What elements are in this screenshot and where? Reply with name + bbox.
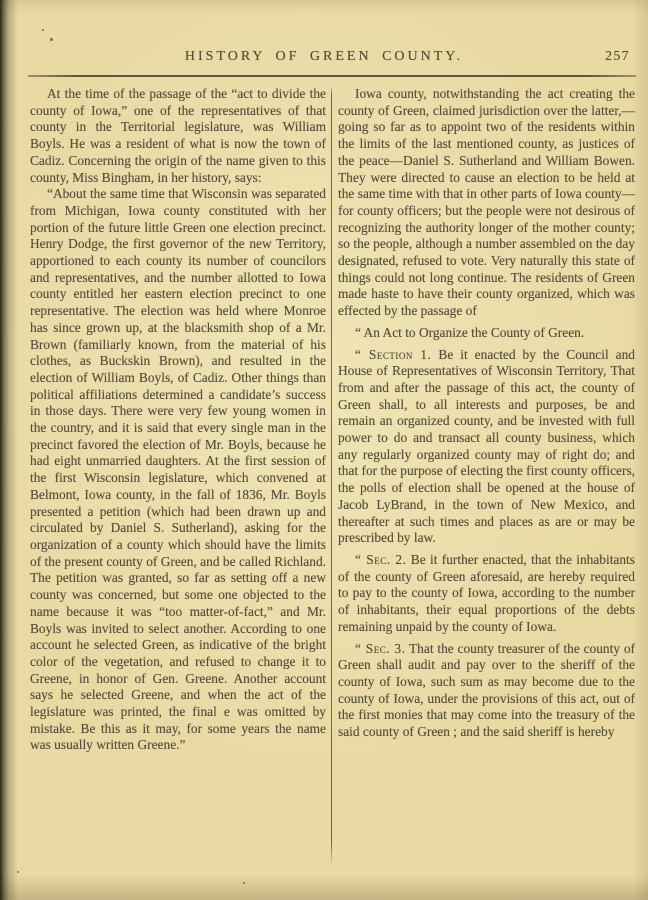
- small-caps-lead: “ Sec. 2.: [355, 552, 406, 567]
- small-caps-lead: “ Section 1.: [355, 347, 431, 362]
- page-number: 257: [605, 48, 630, 64]
- paragraph: “ Sec. 2. Be it further enacted, that th…: [338, 552, 635, 636]
- paragraph: Iowa county, notwithstanding the act cre…: [338, 86, 635, 320]
- paragraph: “ Sec. 3. That the county treasurer of t…: [338, 641, 635, 741]
- ink-speck: [42, 29, 44, 31]
- running-title: HISTORY OF GREEN COUNTY.: [185, 49, 463, 64]
- ink-speck: [243, 882, 245, 884]
- book-page: HISTORY OF GREEN COUNTY. 257 At the time…: [0, 0, 648, 900]
- paragraph: “About the same time that Wisconsin was …: [30, 186, 326, 754]
- paragraph: At the time of the passage of the “act t…: [30, 86, 326, 186]
- text-columns: At the time of the passage of the “act t…: [30, 86, 635, 866]
- paragraph: “ Section 1. Be it enacted by the Counci…: [338, 347, 635, 547]
- right-column: Iowa county, notwithstanding the act cre…: [338, 86, 635, 741]
- header-rule: [28, 75, 636, 77]
- ink-speck: [50, 38, 53, 41]
- left-column: At the time of the passage of the “act t…: [30, 86, 326, 754]
- paragraph: “ An Act to Organize the County of Green…: [338, 325, 635, 342]
- page-header: HISTORY OF GREEN COUNTY. 257: [0, 47, 648, 67]
- ink-speck: [17, 871, 19, 873]
- column-divider: [331, 86, 332, 866]
- small-caps-lead: “ Sec. 3.: [355, 641, 405, 656]
